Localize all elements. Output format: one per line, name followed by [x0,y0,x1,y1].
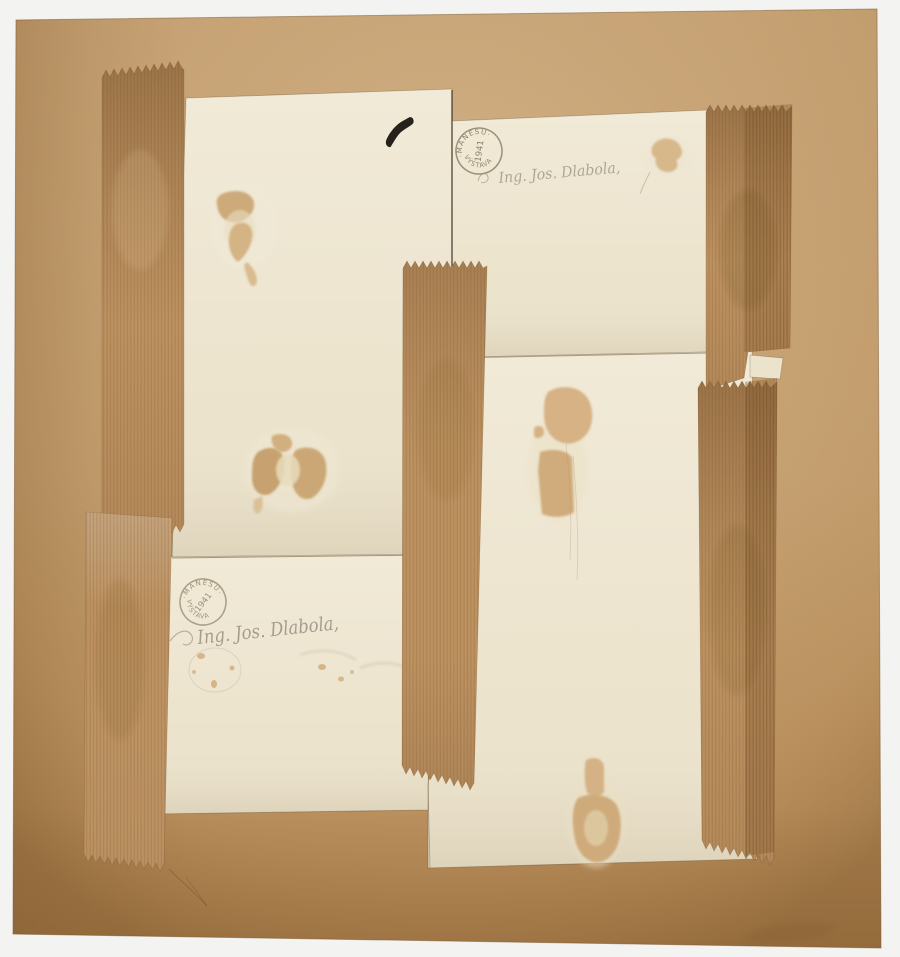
tape-strip-right-lower [698,378,777,865]
tape-strip-left-lower [84,512,172,871]
paper-corner-sliver [750,355,783,379]
photograph: ·MANESU· VÝSTAVA 1941 ·MANESU· VÝSTAVA 1… [0,0,900,957]
tape-strip-middle [402,261,487,790]
tape-strip-left-upper [102,61,184,541]
photo-canvas: ·MANESU· VÝSTAVA 1941 ·MANESU· VÝSTAVA 1… [0,0,900,957]
tape-strip-right-upper [706,104,792,390]
paper-sheet-bottom-left [157,554,430,814]
